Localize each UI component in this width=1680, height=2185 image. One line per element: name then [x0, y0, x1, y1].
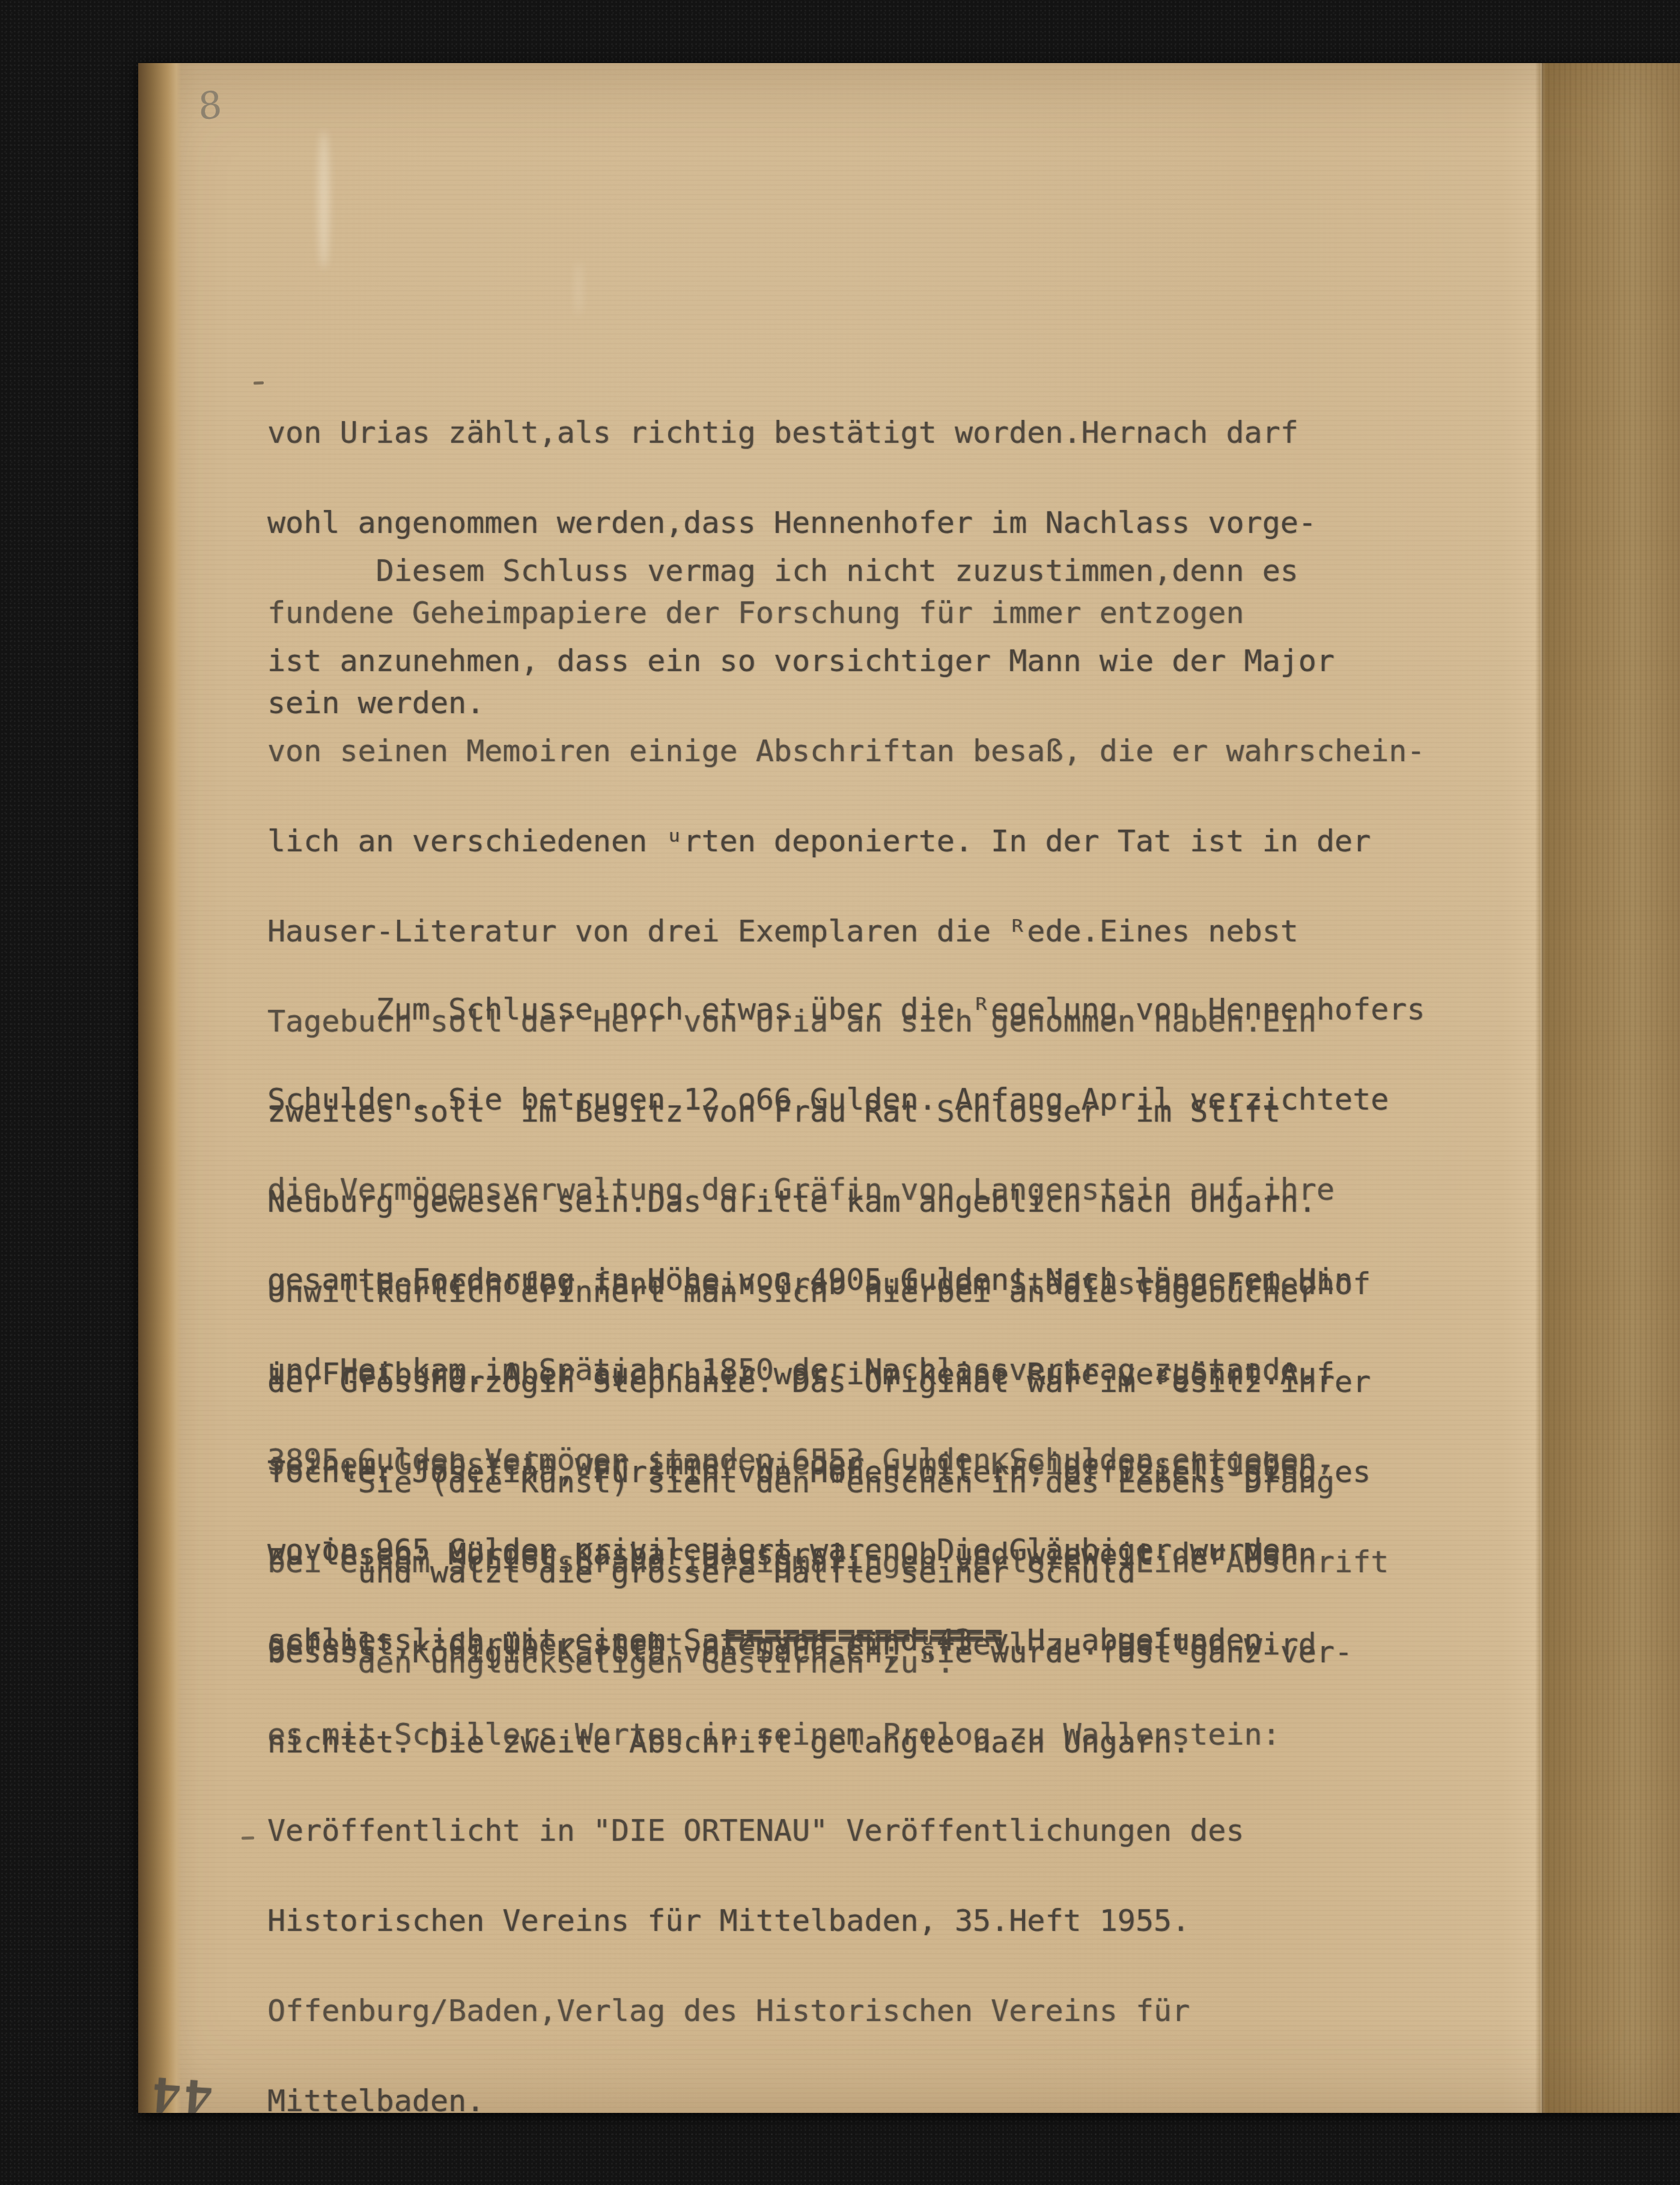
typed-line: Zum Schlusse noch etwas über die ᴿegelun… — [267, 994, 1425, 1024]
typed-line: von seinen Memoiren einige Abschriftan b… — [267, 736, 1425, 766]
stamped-archive-number: 44 — [146, 2064, 214, 2113]
typed-line: lich an verschiedenen ᵘrten deponierte. … — [267, 826, 1425, 856]
typewritten-text-layer: von Urias zählt,als richtig bestätigt wo… — [138, 63, 1680, 2113]
separator-rule: =============== — [267, 1559, 1003, 1709]
typed-line: Diesem Schluss vermag ich nicht zuzustim… — [267, 556, 1425, 586]
typed-line: "Sie (die Kunst) sieht den ᵐenschen in d… — [267, 1467, 1335, 1497]
scan-background: 8 von Urias zählt,als richtig bestätigt … — [0, 0, 1680, 2185]
typed-line: Offenburg/Baden,Verlag des Historischen … — [267, 1996, 1244, 2026]
publication-note: Veröffentlicht in "DIE ORTENAU" Veröffen… — [267, 1755, 1244, 2113]
typed-line: ist anzunehmen, dass ein so vorsichtiger… — [267, 646, 1425, 676]
typed-line: von Urias zählt,als richtig bestätigt wo… — [267, 418, 1316, 448]
typed-line: die Vermögensverwaltung der Gräfin von L… — [267, 1175, 1425, 1205]
typed-line: in Freiburg. Aber auch hier war ihm kein… — [267, 1359, 1371, 1389]
typed-line: Mittelbaden. — [267, 2086, 1244, 2113]
typed-line: Historischen Vereins für Mittelbaden, 35… — [267, 1906, 1244, 1936]
typed-line: =============== — [267, 1619, 1003, 1649]
typed-line: Veröffentlicht in "DIE ORTENAU" Veröffen… — [267, 1816, 1244, 1846]
typed-line: Schulden. Sie betrugen 12 o66 Gulden. An… — [267, 1084, 1425, 1114]
typed-line: Hennenhofer fand sein Grab auf dem Städt… — [267, 1269, 1371, 1299]
document-page: 8 von Urias zählt,als richtig bestätigt … — [138, 63, 1680, 2113]
